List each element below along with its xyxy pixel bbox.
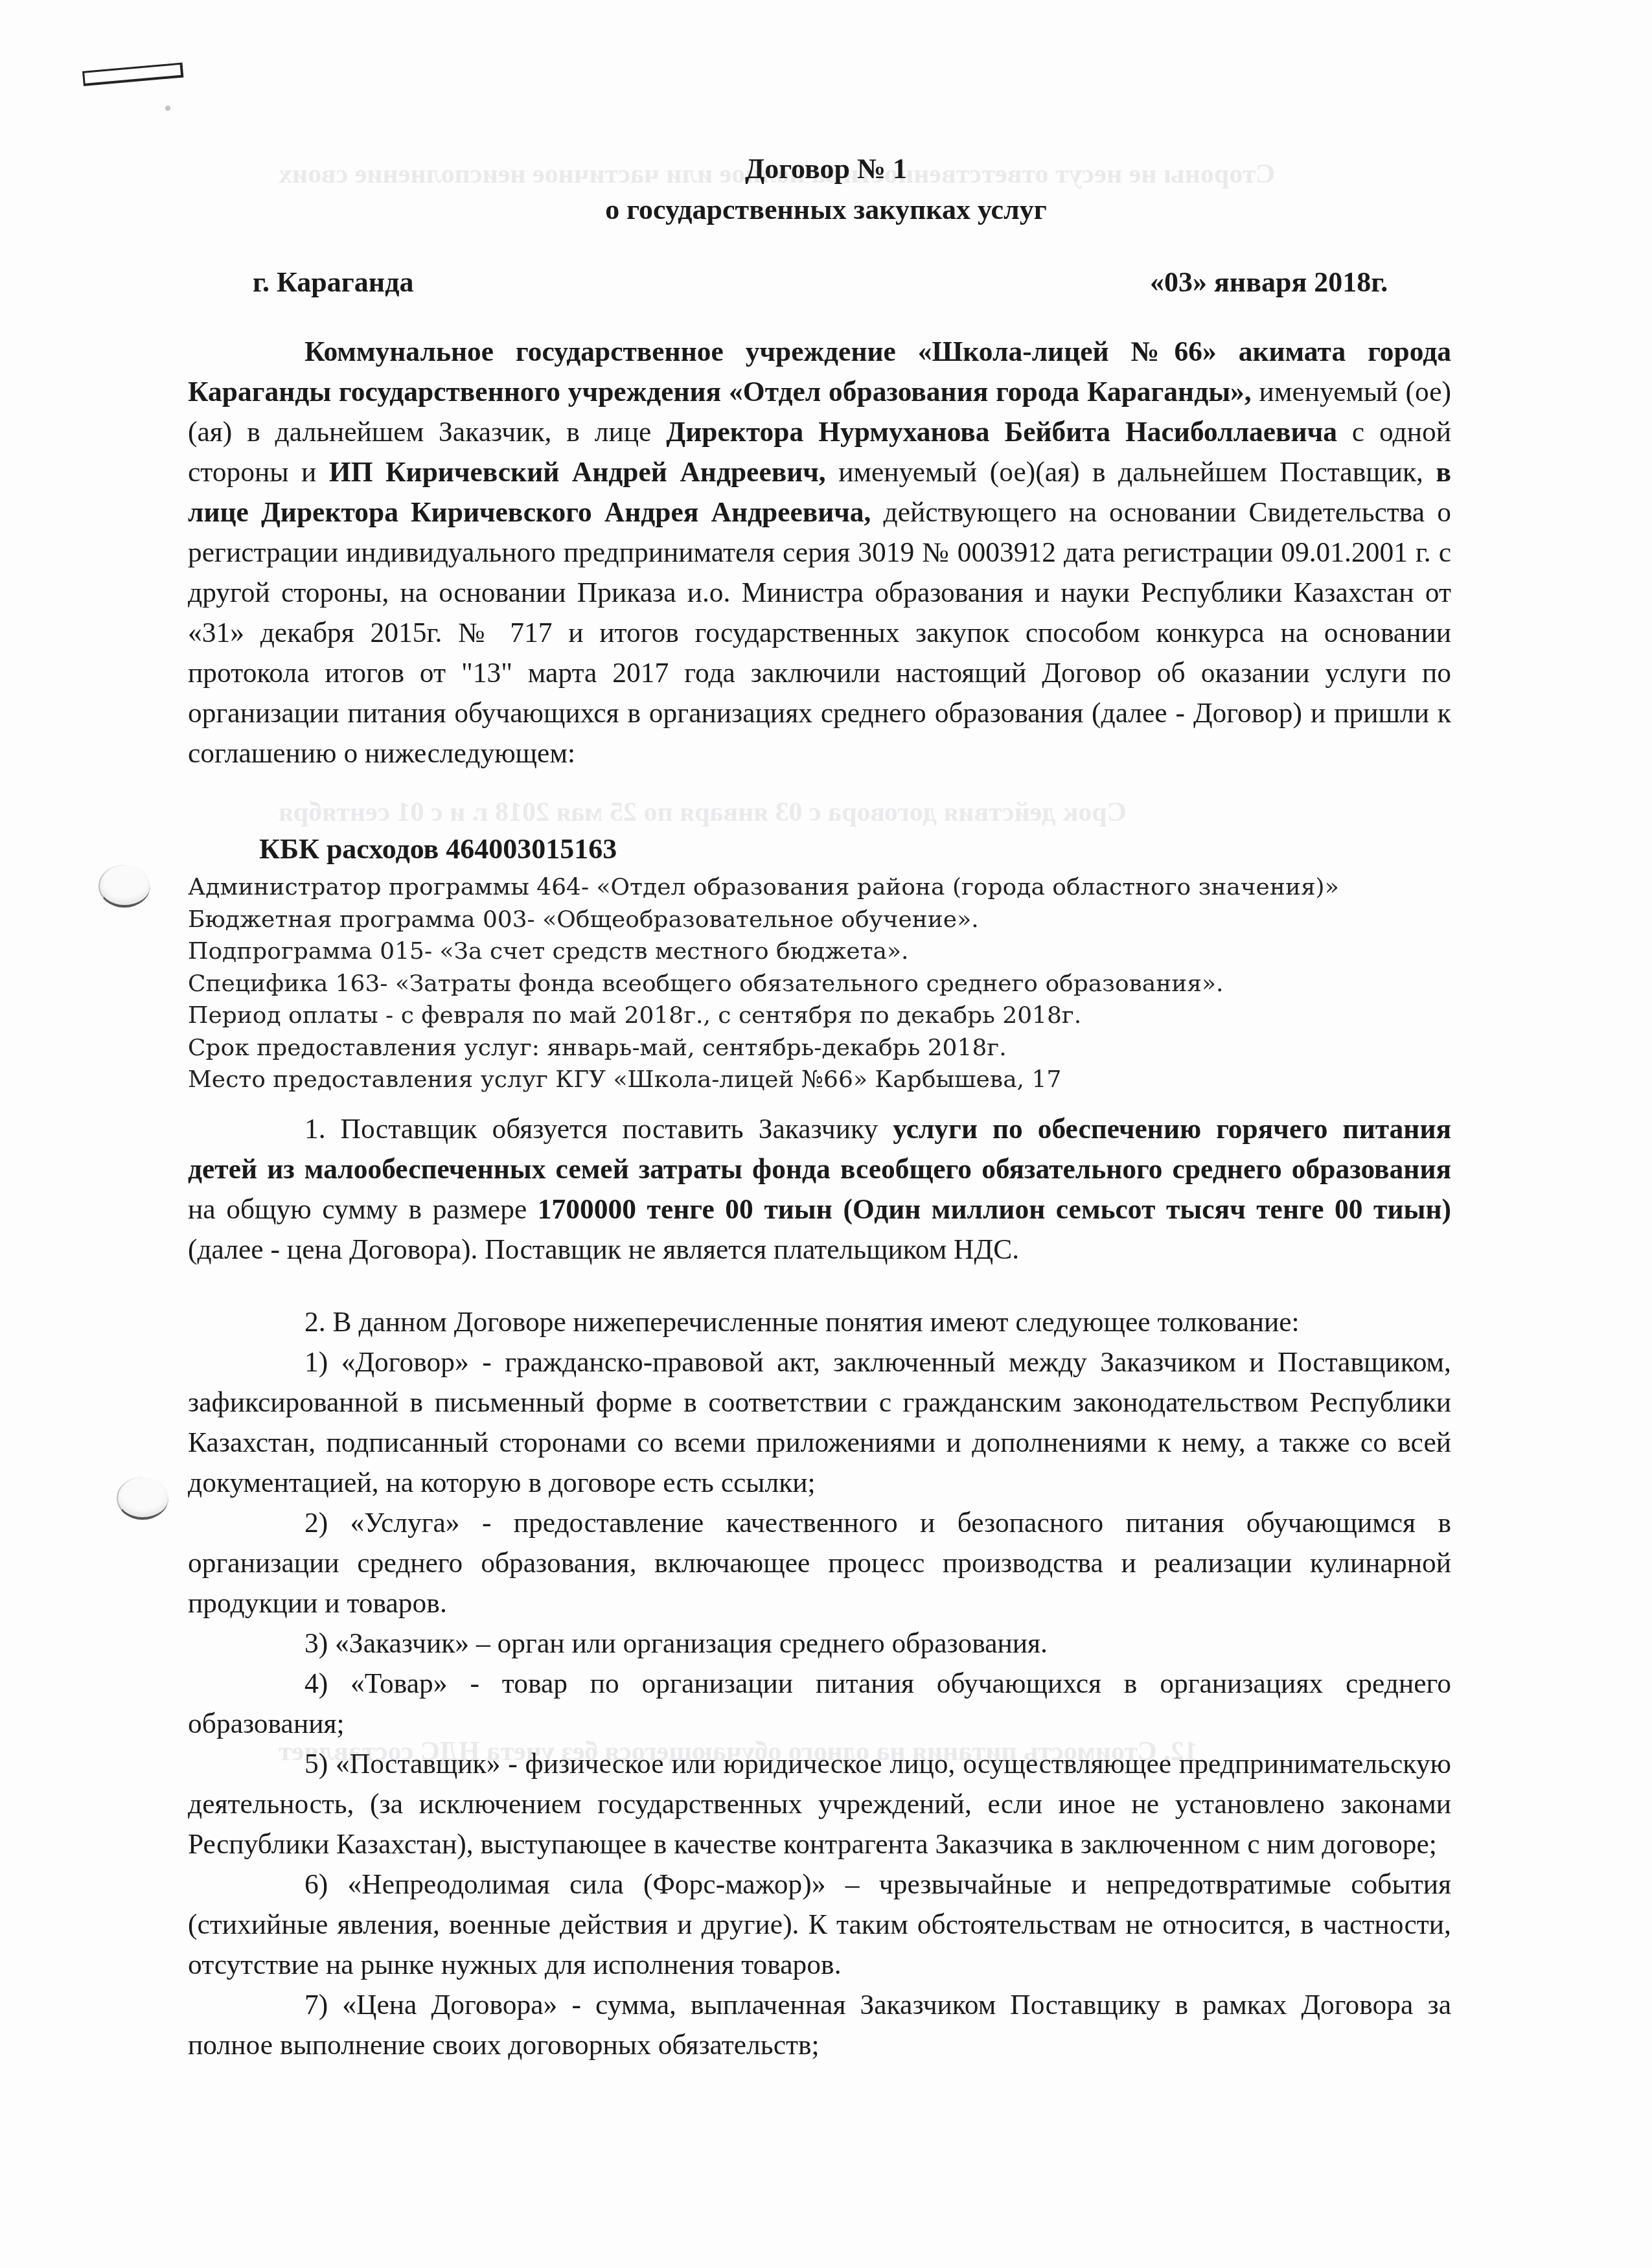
definition-item: 5) «Поставщик» - физическое или юридичес…	[188, 1744, 1451, 1864]
contract-date: «03» января 2018г.	[1150, 266, 1388, 299]
budget-subprogram: Подпрограмма 015- «За счет средств местн…	[188, 935, 1451, 968]
definition-item: 4) «Товар» - товар по организации питани…	[188, 1664, 1451, 1744]
clause-text: на общую сумму в размере	[188, 1194, 538, 1225]
document-page: Стороны не несут ответственности за полн…	[0, 0, 1652, 2268]
service-location: Место предоставления услуг КГУ «Школа-ли…	[188, 1064, 1451, 1096]
clause-2-intro: 2. В данном Договоре нижеперечисленные п…	[188, 1302, 1451, 1342]
payment-period: Период оплаты - с февраля по май 2018г.,…	[188, 1000, 1451, 1032]
clause-text: 1. Поставщик обязуется поставить Заказчи…	[304, 1114, 893, 1145]
budget-details: Администратор программы 464- «Отдел обра…	[188, 871, 1451, 1096]
document-title: Договор № 1	[0, 152, 1652, 185]
budget-program: Бюджетная программа 003- «Общеобразовате…	[188, 904, 1451, 936]
clause-2: 2. В данном Договоре нижеперечисленные п…	[188, 1302, 1451, 2065]
definition-item: 7) «Цена Договора» - сумма, выплаченная …	[188, 1985, 1451, 2065]
document-subtitle: о государственных закупках услуг	[0, 193, 1652, 226]
preamble: Коммунальное государственное учреждение …	[188, 332, 1451, 773]
contract-amount: 1700000 тенге 00 тиын (Один миллион семь…	[538, 1194, 1451, 1225]
preamble-text: действующего на основании Свидетельства …	[188, 497, 1451, 769]
customer-director: Директора Нурмуханова Бейбита Насиболлае…	[666, 417, 1337, 448]
preamble-text: именуемый (ое)(ая) в дальнейшем Поставщи…	[826, 457, 1436, 488]
kbk-code: КБК расходов 464003015163	[259, 832, 617, 865]
ink-speck	[165, 106, 170, 111]
service-period: Срок предоставления услуг: январь-май, с…	[188, 1032, 1451, 1064]
definition-item: 1) «Договор» - гражданско-правовой акт, …	[188, 1342, 1451, 1503]
definition-item: 2) «Услуга» - предоставление качественно…	[188, 1503, 1451, 1623]
budget-specific: Специфика 163- «Затраты фонда всеобщего …	[188, 968, 1451, 1000]
definition-item: 6) «Непреодолимая сила (Форс-мажор)» – ч…	[188, 1864, 1451, 1985]
clause-1: 1. Поставщик обязуется поставить Заказчи…	[188, 1109, 1451, 1270]
pen-mark	[82, 63, 183, 86]
definition-item: 3) «Заказчик» – орган или организация ср…	[188, 1623, 1451, 1664]
bleed-through-text: Срок действия договора с 03 января по 25…	[279, 797, 1127, 828]
contract-city: г. Караганда	[253, 266, 413, 299]
clause-text: (далее - цена Договора). Поставщик не яв…	[188, 1234, 1019, 1265]
hole-punch-mark	[117, 1477, 168, 1520]
hole-punch-mark	[98, 865, 150, 908]
budget-administrator: Администратор программы 464- «Отдел обра…	[188, 871, 1451, 904]
supplier-name: ИП Киричевский Андрей Андреевич,	[329, 457, 826, 488]
